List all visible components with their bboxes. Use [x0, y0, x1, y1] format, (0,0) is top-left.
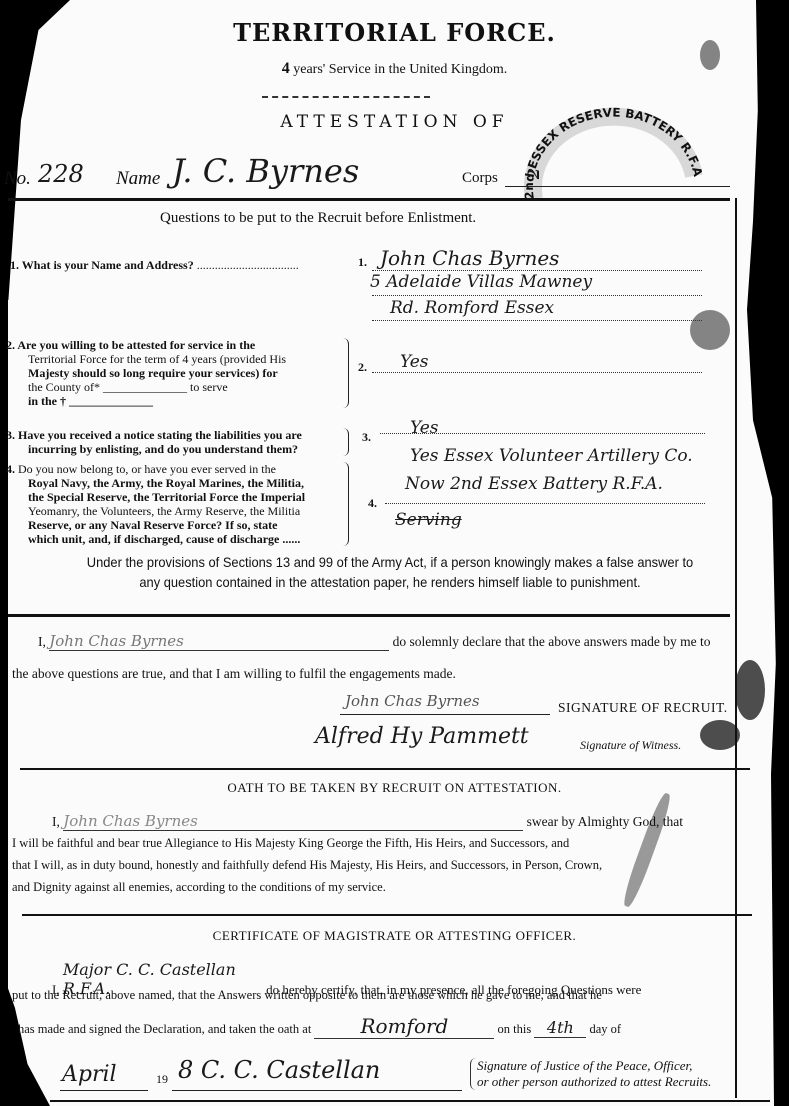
answer-3-number: 3. — [362, 430, 371, 445]
officer-signature: 8 C. C. Castellan — [178, 1056, 380, 1084]
certificate-heading: CERTIFICATE OF MAGISTRATE OR ATTESTING O… — [0, 928, 789, 944]
divider — [262, 96, 430, 98]
stain — [690, 310, 730, 350]
certificate-line-3: has made and signed the Declaration, and… — [18, 1014, 758, 1039]
service-years: 4 — [282, 60, 290, 77]
signature-label-line-2: or other person authorized to attest Rec… — [477, 1074, 711, 1090]
question-1: 1. What is your Name and Address? ......… — [10, 258, 299, 272]
oath-line-1: I, John Chas Byrnes swear by Almighty Go… — [52, 812, 732, 831]
corps-value: 2 — [524, 168, 543, 179]
oath-name: John Chas Byrnes — [63, 812, 523, 831]
corps-line — [505, 186, 730, 187]
recruit-signature: John Chas Byrnes — [345, 692, 480, 710]
question-2: 2. Are you willing to be attested for se… — [6, 338, 349, 408]
oath-text-4: and Dignity against all enemies, accordi… — [12, 880, 386, 895]
question-2-line: Territorial Force for the term of 4 year… — [6, 352, 344, 366]
name-label: Name — [116, 168, 160, 190]
question-2-line: the County of* ______________ to serve — [6, 380, 344, 394]
attestation-place: Romford — [314, 1014, 494, 1039]
year-prefix: 19 — [156, 1072, 168, 1087]
witness-signature: Alfred Hy Pammett — [315, 724, 529, 749]
question-3-number: 3. — [6, 428, 15, 442]
recruit-signature-label: SIGNATURE OF RECRUIT. — [558, 700, 728, 716]
section-divider — [8, 198, 730, 201]
section-divider — [20, 768, 750, 770]
question-1-text: What is your Name and Address? — [22, 258, 194, 272]
question-3: 3. Have you received a notice stating th… — [6, 428, 349, 456]
attestation-month: April — [62, 1062, 117, 1087]
stain — [620, 791, 674, 909]
recruit-name: J. C. Byrnes — [172, 152, 359, 190]
question-3-line: Have you received a notice stating the l… — [18, 428, 302, 442]
questions-heading: Questions to be put to the Recruit befor… — [160, 210, 476, 227]
witness-signature-label: Signature of Witness. — [580, 738, 681, 753]
certificate-text-3b: on this — [498, 1022, 532, 1036]
answer-2-number: 2. — [358, 360, 367, 375]
answer-line — [372, 320, 702, 321]
certificate-text-3a: has made and signed the Declaration, and… — [18, 1022, 311, 1036]
attestation-document: TERRITORIAL FORCE. 4 years' Service in t… — [0, 0, 789, 1106]
signature-label-line-1: Signature of Justice of the Peace, Offic… — [477, 1058, 711, 1074]
answer-line — [385, 503, 705, 504]
signature-line — [340, 714, 550, 715]
question-3-line: incurring by enlisting, and do you under… — [6, 442, 344, 456]
document-subtitle: 4 years' Service in the United Kingdom. — [0, 60, 789, 78]
corps-label: Corps — [462, 170, 498, 187]
certificate-text-2: put to the Recruit, above named, that th… — [12, 988, 602, 1003]
oath-heading: OATH TO BE TAKEN BY RECRUIT ON ATTESTATI… — [0, 780, 789, 796]
question-4-line: Yeomanry, the Volunteers, the Army Reser… — [6, 504, 344, 518]
answer-2: Yes — [400, 352, 429, 372]
number-label: No. — [4, 168, 31, 190]
answer-line — [372, 270, 702, 271]
declaration-prefix: I, — [38, 634, 46, 649]
oath-prefix: I, — [52, 814, 60, 829]
section-divider — [8, 614, 730, 617]
declaration-name: John Chas Byrnes — [49, 632, 389, 651]
service-text: years' Service in the United Kingdom. — [293, 62, 507, 77]
answer-3: Yes — [410, 418, 439, 438]
question-4: 4. Do you now belong to, or have you eve… — [6, 462, 349, 546]
question-2-line: Are you willing to be attested for servi… — [17, 338, 255, 352]
question-4-line: Do you now belong to, or have you ever s… — [18, 462, 276, 476]
document-title: TERRITORIAL FORCE. — [0, 18, 789, 47]
answer-1-line-3: Rd. Romford Essex — [390, 298, 554, 318]
answer-4-line-1: Yes Essex Volunteer Artillery Co. — [410, 446, 693, 466]
answer-line — [372, 372, 702, 373]
answer-4-line-2: Now 2nd Essex Battery R.F.A. — [405, 474, 663, 494]
oath-text-3: that I will, as in duty bound, honestly … — [12, 858, 602, 873]
certificate-signature-label: Signature of Justice of the Peace, Offic… — [470, 1058, 711, 1090]
declaration: I, John Chas Byrnes do solemnly declare … — [38, 632, 738, 651]
stain — [700, 720, 740, 750]
answer-1-line-2: 5 Adelaide Villas Mawney — [370, 272, 592, 292]
regimental-number: 228 — [38, 160, 84, 188]
question-4-line: Royal Navy, the Army, the Royal Marines,… — [6, 476, 344, 490]
question-2-line: Majesty should so long require your serv… — [6, 366, 344, 380]
section-divider — [50, 1100, 770, 1102]
recruit-identity-line: No. 228 Name J. C. Byrnes Corps 2 — [0, 160, 760, 194]
answer-line — [372, 295, 702, 296]
answer-4-number: 4. — [368, 496, 377, 511]
officer-signature-line — [172, 1090, 462, 1091]
stain — [735, 660, 765, 720]
question-1-number: 1. — [10, 258, 19, 272]
oath-text-1: swear by Almighty God, that — [527, 814, 683, 829]
question-2-number: 2. — [6, 338, 15, 352]
month-line — [60, 1090, 148, 1091]
answer-1-line-1: John Chas Byrnes — [380, 246, 559, 270]
question-4-line: which unit, and, if discharged, cause of… — [6, 532, 344, 546]
declaration-text-1: do solemnly declare that the above answe… — [393, 634, 711, 649]
warning-line-2: any question contained in the attestatio… — [59, 572, 721, 592]
question-4-number: 4. — [6, 462, 15, 476]
attestation-day: 4th — [534, 1018, 586, 1038]
oath-text-2: I will be faithful and bear true Allegia… — [12, 836, 569, 851]
certificate-text-3c: day of — [589, 1022, 621, 1036]
section-divider — [22, 914, 752, 916]
army-act-warning: Under the provisions of Sections 13 and … — [59, 552, 721, 592]
question-4-line: the Special Reserve, the Territorial For… — [6, 490, 344, 504]
warning-line-1: Under the provisions of Sections 13 and … — [59, 552, 721, 572]
question-2-line: in the † ______________ — [6, 394, 344, 408]
question-4-line: Reserve, or any Naval Reserve Force? If … — [6, 518, 344, 532]
declaration-text-2: the above questions are true, and that I… — [12, 666, 456, 682]
answer-1-number: 1. — [358, 255, 367, 270]
answer-4-line-3: Serving — [395, 510, 462, 530]
